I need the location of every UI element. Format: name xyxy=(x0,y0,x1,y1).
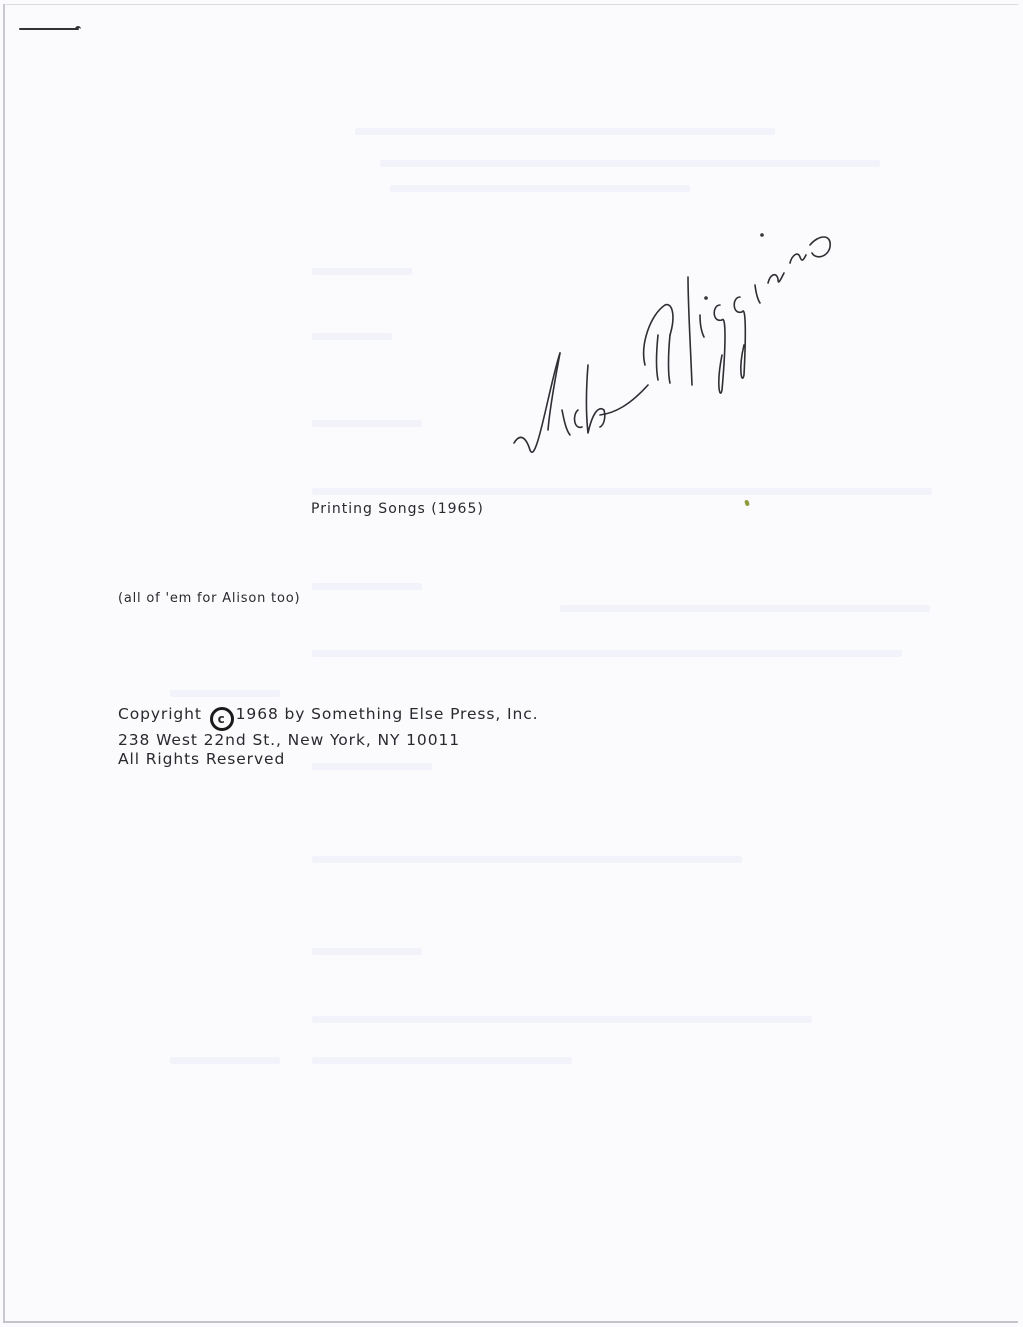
copyright-symbol-icon: c xyxy=(210,707,234,731)
margin-arrow-icon xyxy=(19,28,79,30)
page-edge-top xyxy=(3,4,1018,5)
copyright-year-publisher: 1968 by Something Else Press, Inc. xyxy=(236,705,539,723)
document-title: Printing Songs (1965) xyxy=(311,501,484,517)
copyright-notice: Copyright c1968 by Something Else Press,… xyxy=(118,705,538,769)
publisher-address: 238 West 22nd St., New York, NY 10011 xyxy=(118,731,538,750)
document-page: Dick Higgins Printi xyxy=(0,0,1023,1327)
page-edge-bottom xyxy=(3,1321,1018,1323)
paper-speck xyxy=(744,499,750,506)
copyright-label: Copyright xyxy=(118,705,202,723)
rights-reserved: All Rights Reserved xyxy=(118,750,538,769)
dedication: (all of 'em for Alison too) xyxy=(118,591,300,606)
copyright-line-1: Copyright c1968 by Something Else Press,… xyxy=(118,705,538,731)
handwritten-signature: Dick Higgins xyxy=(500,205,860,475)
page-edge-left xyxy=(3,4,5,1322)
